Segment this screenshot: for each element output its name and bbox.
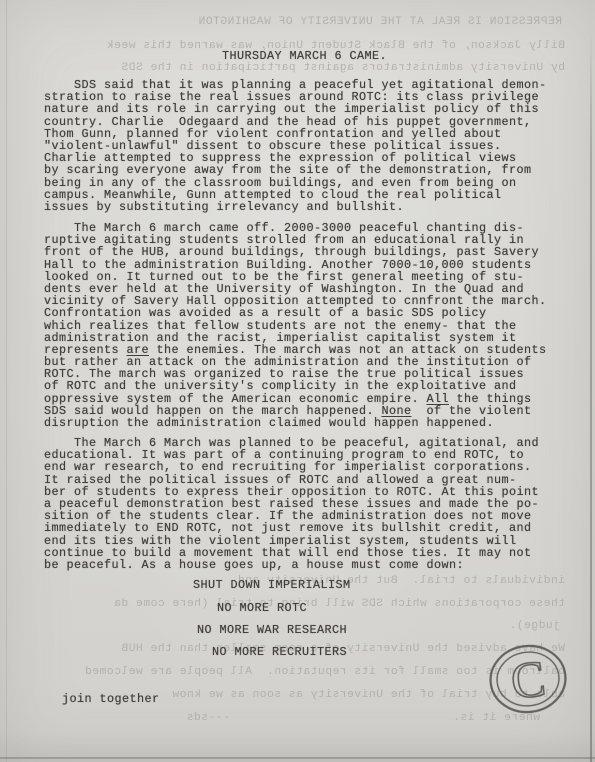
document-title: THURSDAY MARCH 6 CAME. <box>222 49 387 63</box>
document-page: REPRESSION IS REAL AT THE UNIVERSITY OF … <box>0 0 595 762</box>
text-line: nature and its role in carrying out the … <box>44 103 546 115</box>
page-edge-shadow <box>0 757 595 759</box>
slogan-line: NO MORE RECRUITERS <box>212 645 347 659</box>
paragraph: SDS said that it was planning a peaceful… <box>44 79 546 213</box>
text-line: It raised the political issues of ROTC a… <box>44 474 539 486</box>
paragraph: The March 6 march came off. 2000-3000 pe… <box>44 222 546 429</box>
text-line: immediately to END ROTC, not just remove… <box>44 522 539 534</box>
bleed-through-line: REPRESSION IS REAL AT THE UNIVERSITY OF … <box>162 16 562 28</box>
text-line: which realizes that fellow students are … <box>44 320 546 332</box>
text-line: end its ties with the violent imperialis… <box>44 535 539 547</box>
text-line: disruption the administration claimed wo… <box>44 417 546 429</box>
text-line: oppressive system of the American econom… <box>44 393 546 405</box>
text-line: issues by substituting irrelevancy and b… <box>44 201 546 213</box>
text-line: Hall to the administration Building. Ano… <box>44 259 546 271</box>
slogan-line: SHUT DOWN IMPERIALISM <box>193 578 351 592</box>
text-line: end war research, to end recruiting for … <box>44 461 539 473</box>
text-line: Confrontation was avoided as a result of… <box>44 307 546 319</box>
page-edge-shadow <box>590 28 592 762</box>
text-line: being in any of the classroom buildings,… <box>44 177 546 189</box>
text-line: be peaceful. As a house goes up, a house… <box>44 559 539 571</box>
slogan-line: NO MORE ROTC <box>217 601 307 615</box>
join-together-line: join together <box>62 692 160 706</box>
paragraph: The March 6 March was planned to be peac… <box>44 437 539 571</box>
copyright-stamp-icon: C <box>482 637 574 721</box>
text-line: country. Charlie Odegaard and the head o… <box>44 116 546 128</box>
page-edge-shadow <box>6 0 7 762</box>
text-line: front of the HUB, around buildings, thro… <box>44 246 546 258</box>
bleed-through-line: by University administrators against par… <box>42 62 565 74</box>
stamp-letter: C <box>508 651 549 711</box>
bleed-through-line: judge). <box>400 620 560 632</box>
text-line: by scaring everyone away from the site o… <box>44 164 546 176</box>
bleed-through-line: ---sds <box>170 712 230 724</box>
text-line: of ROTC and the university's complicity … <box>44 380 546 392</box>
slogan-line: NO MORE WAR RESEARCH <box>197 623 347 637</box>
